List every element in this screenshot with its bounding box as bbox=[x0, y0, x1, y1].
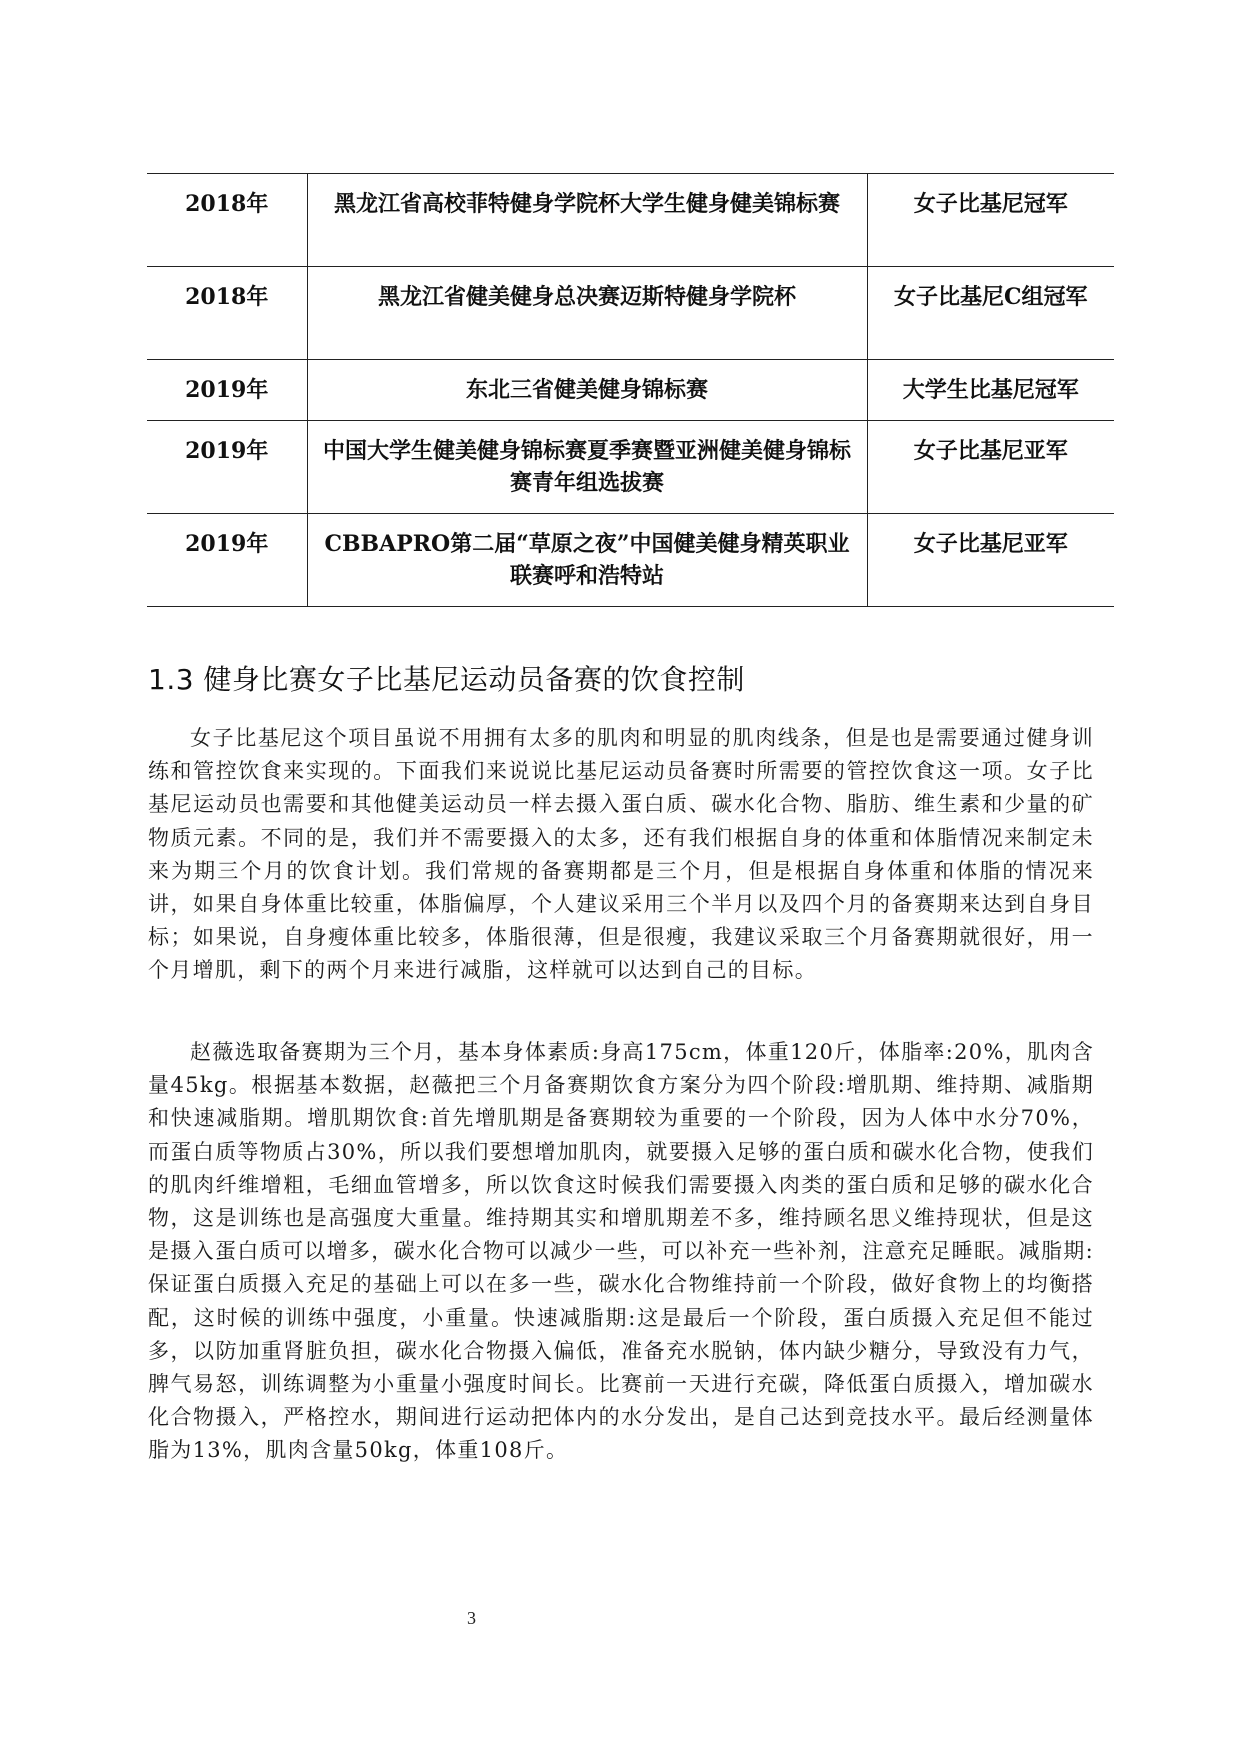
event-cell: 中国大学生健美健身锦标赛夏季赛暨亚洲健美健身锦标赛青年组选拔赛 bbox=[307, 421, 867, 514]
document-page: 2018年 黑龙江省高校菲特健身学院杯大学生健身健美锦标赛 女子比基尼冠军 20… bbox=[0, 0, 1240, 1754]
table-row: 2019年 东北三省健美健身锦标赛 大学生比基尼冠军 bbox=[147, 360, 1114, 421]
awards-table: 2018年 黑龙江省高校菲特健身学院杯大学生健身健美锦标赛 女子比基尼冠军 20… bbox=[147, 173, 1114, 607]
table-row: 2018年 黑龙江省健美健身总决赛迈斯特健身学院杯 女子比基尼C组冠军 bbox=[147, 267, 1114, 360]
year-cell: 2019年 bbox=[147, 514, 307, 607]
result-cell: 女子比基尼冠军 bbox=[867, 174, 1114, 267]
year-cell: 2019年 bbox=[147, 360, 307, 421]
event-cell: CBBAPRO第二届“草原之夜”中国健美健身精英职业联赛呼和浩特站 bbox=[307, 514, 867, 607]
event-cell: 东北三省健美健身锦标赛 bbox=[307, 360, 867, 421]
event-cell: 黑龙江省健美健身总决赛迈斯特健身学院杯 bbox=[307, 267, 867, 360]
table-row: 2018年 黑龙江省高校菲特健身学院杯大学生健身健美锦标赛 女子比基尼冠军 bbox=[147, 174, 1114, 267]
result-cell: 大学生比基尼冠军 bbox=[867, 360, 1114, 421]
section-heading: 1.3 健身比赛女子比基尼运动员备赛的饮食控制 bbox=[148, 660, 745, 700]
result-cell: 女子比基尼亚军 bbox=[867, 421, 1114, 514]
result-cell: 女子比基尼C组冠军 bbox=[867, 267, 1114, 360]
year-cell: 2019年 bbox=[147, 421, 307, 514]
body-paragraph: 赵薇选取备赛期为三个月，基本身体素质:身高175cm，体重120斤，体脂率:20… bbox=[148, 1036, 1094, 1468]
year-cell: 2018年 bbox=[147, 174, 307, 267]
event-cell: 黑龙江省高校菲特健身学院杯大学生健身健美锦标赛 bbox=[307, 174, 867, 267]
page-number: 3 bbox=[467, 1608, 476, 1629]
table-row: 2019年 中国大学生健美健身锦标赛夏季赛暨亚洲健美健身锦标赛青年组选拔赛 女子… bbox=[147, 421, 1114, 514]
table-row: 2019年 CBBAPRO第二届“草原之夜”中国健美健身精英职业联赛呼和浩特站 … bbox=[147, 514, 1114, 607]
result-cell: 女子比基尼亚军 bbox=[867, 514, 1114, 607]
year-cell: 2018年 bbox=[147, 267, 307, 360]
body-paragraph: 女子比基尼这个项目虽说不用拥有太多的肌肉和明显的肌肉线条，但是也是需要通过健身训… bbox=[148, 722, 1094, 988]
